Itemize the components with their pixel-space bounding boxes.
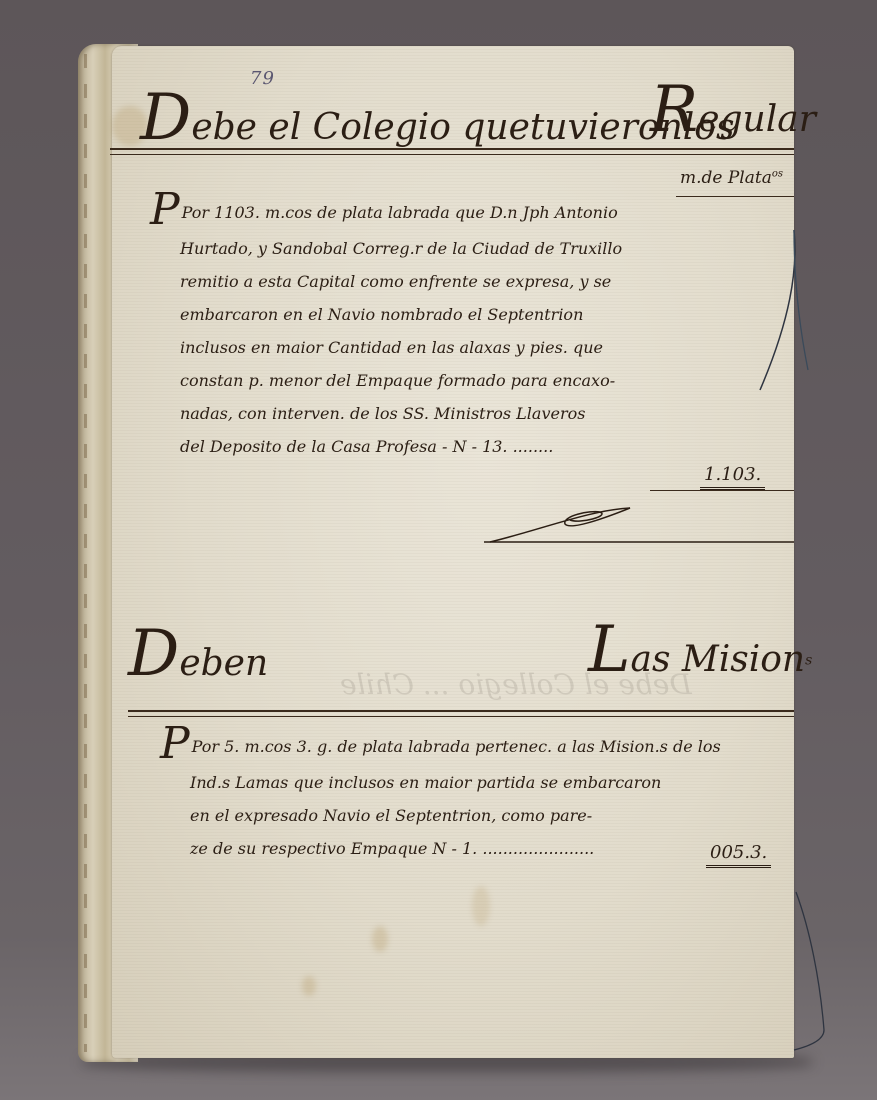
entry-line: del Deposito de la Casa Profesa - N - 13…	[150, 430, 622, 463]
heading-capital: R	[650, 73, 698, 147]
heading-capital: L	[588, 613, 631, 687]
binding-thread	[790, 890, 840, 1060]
section2-heading: Deben	[128, 622, 268, 686]
stain	[372, 926, 388, 952]
entry-line: Ind.s Lamas que inclusos en maior partid…	[160, 766, 721, 799]
heading-text: eben	[179, 643, 268, 684]
entry-line-text: Por 5. m.cos 3. g. de plata labrada pert…	[192, 737, 721, 756]
entry-line: nadas, con interven. de los SS. Ministro…	[150, 397, 622, 430]
column-label-sup: os	[772, 168, 783, 179]
heading-capital: D	[140, 81, 191, 155]
heading-rule	[110, 148, 794, 150]
binding-thread	[750, 220, 810, 400]
heading-rule	[110, 154, 794, 155]
section2-heading-right: Las Misions	[588, 618, 812, 682]
entry-line: en el expresado Navio el Septentrion, co…	[160, 799, 721, 832]
heading-rule	[128, 716, 794, 717]
column-rule	[676, 196, 794, 197]
heading-text: egular	[698, 99, 816, 140]
closing-flourish	[480, 490, 800, 550]
entry-line: PPor 1103. m.cos de plata labrada que D.…	[150, 188, 622, 232]
entry-line: inclusos en maior Cantidad en las alaxas…	[150, 331, 622, 364]
heading-sup: s	[805, 653, 812, 669]
entry-line: PPor 5. m.cos 3. g. de plata labrada per…	[160, 722, 721, 766]
section2-entry: PPor 5. m.cos 3. g. de plata labrada per…	[160, 722, 721, 865]
section1-heading: Debe el Colegio quetuvieronlos	[140, 86, 734, 150]
entry-line: remitio a esta Capital como enfrente se …	[150, 265, 622, 298]
stain	[472, 886, 490, 926]
entry-line: constan p. menor del Empaque formado par…	[150, 364, 622, 397]
section2-amount: 005.3.	[706, 842, 771, 868]
heading-capital: D	[128, 617, 179, 691]
stain	[302, 976, 316, 996]
column-label-text: m.de Plata	[680, 168, 772, 188]
entry-line-text: Por 1103. m.cos de plata labrada que D.n…	[182, 203, 618, 222]
entry-line: embarcaron en el Navio nombrado el Septe…	[150, 298, 622, 331]
section1-entry: PPor 1103. m.cos de plata labrada que D.…	[150, 188, 622, 463]
heading-text: as Mision	[631, 639, 806, 680]
section1-amount: 1.103.	[700, 464, 765, 490]
section1-heading-right: Regular	[650, 78, 816, 142]
column-label-silver-marks: m.de Plataos	[680, 168, 783, 188]
entry-line: Hurtado, y Sandobal Correg.r de la Ciuda…	[150, 232, 622, 265]
entry-line: ze de su respectivo Empaque N - 1. .....…	[160, 832, 721, 865]
heading-rule	[128, 710, 794, 712]
